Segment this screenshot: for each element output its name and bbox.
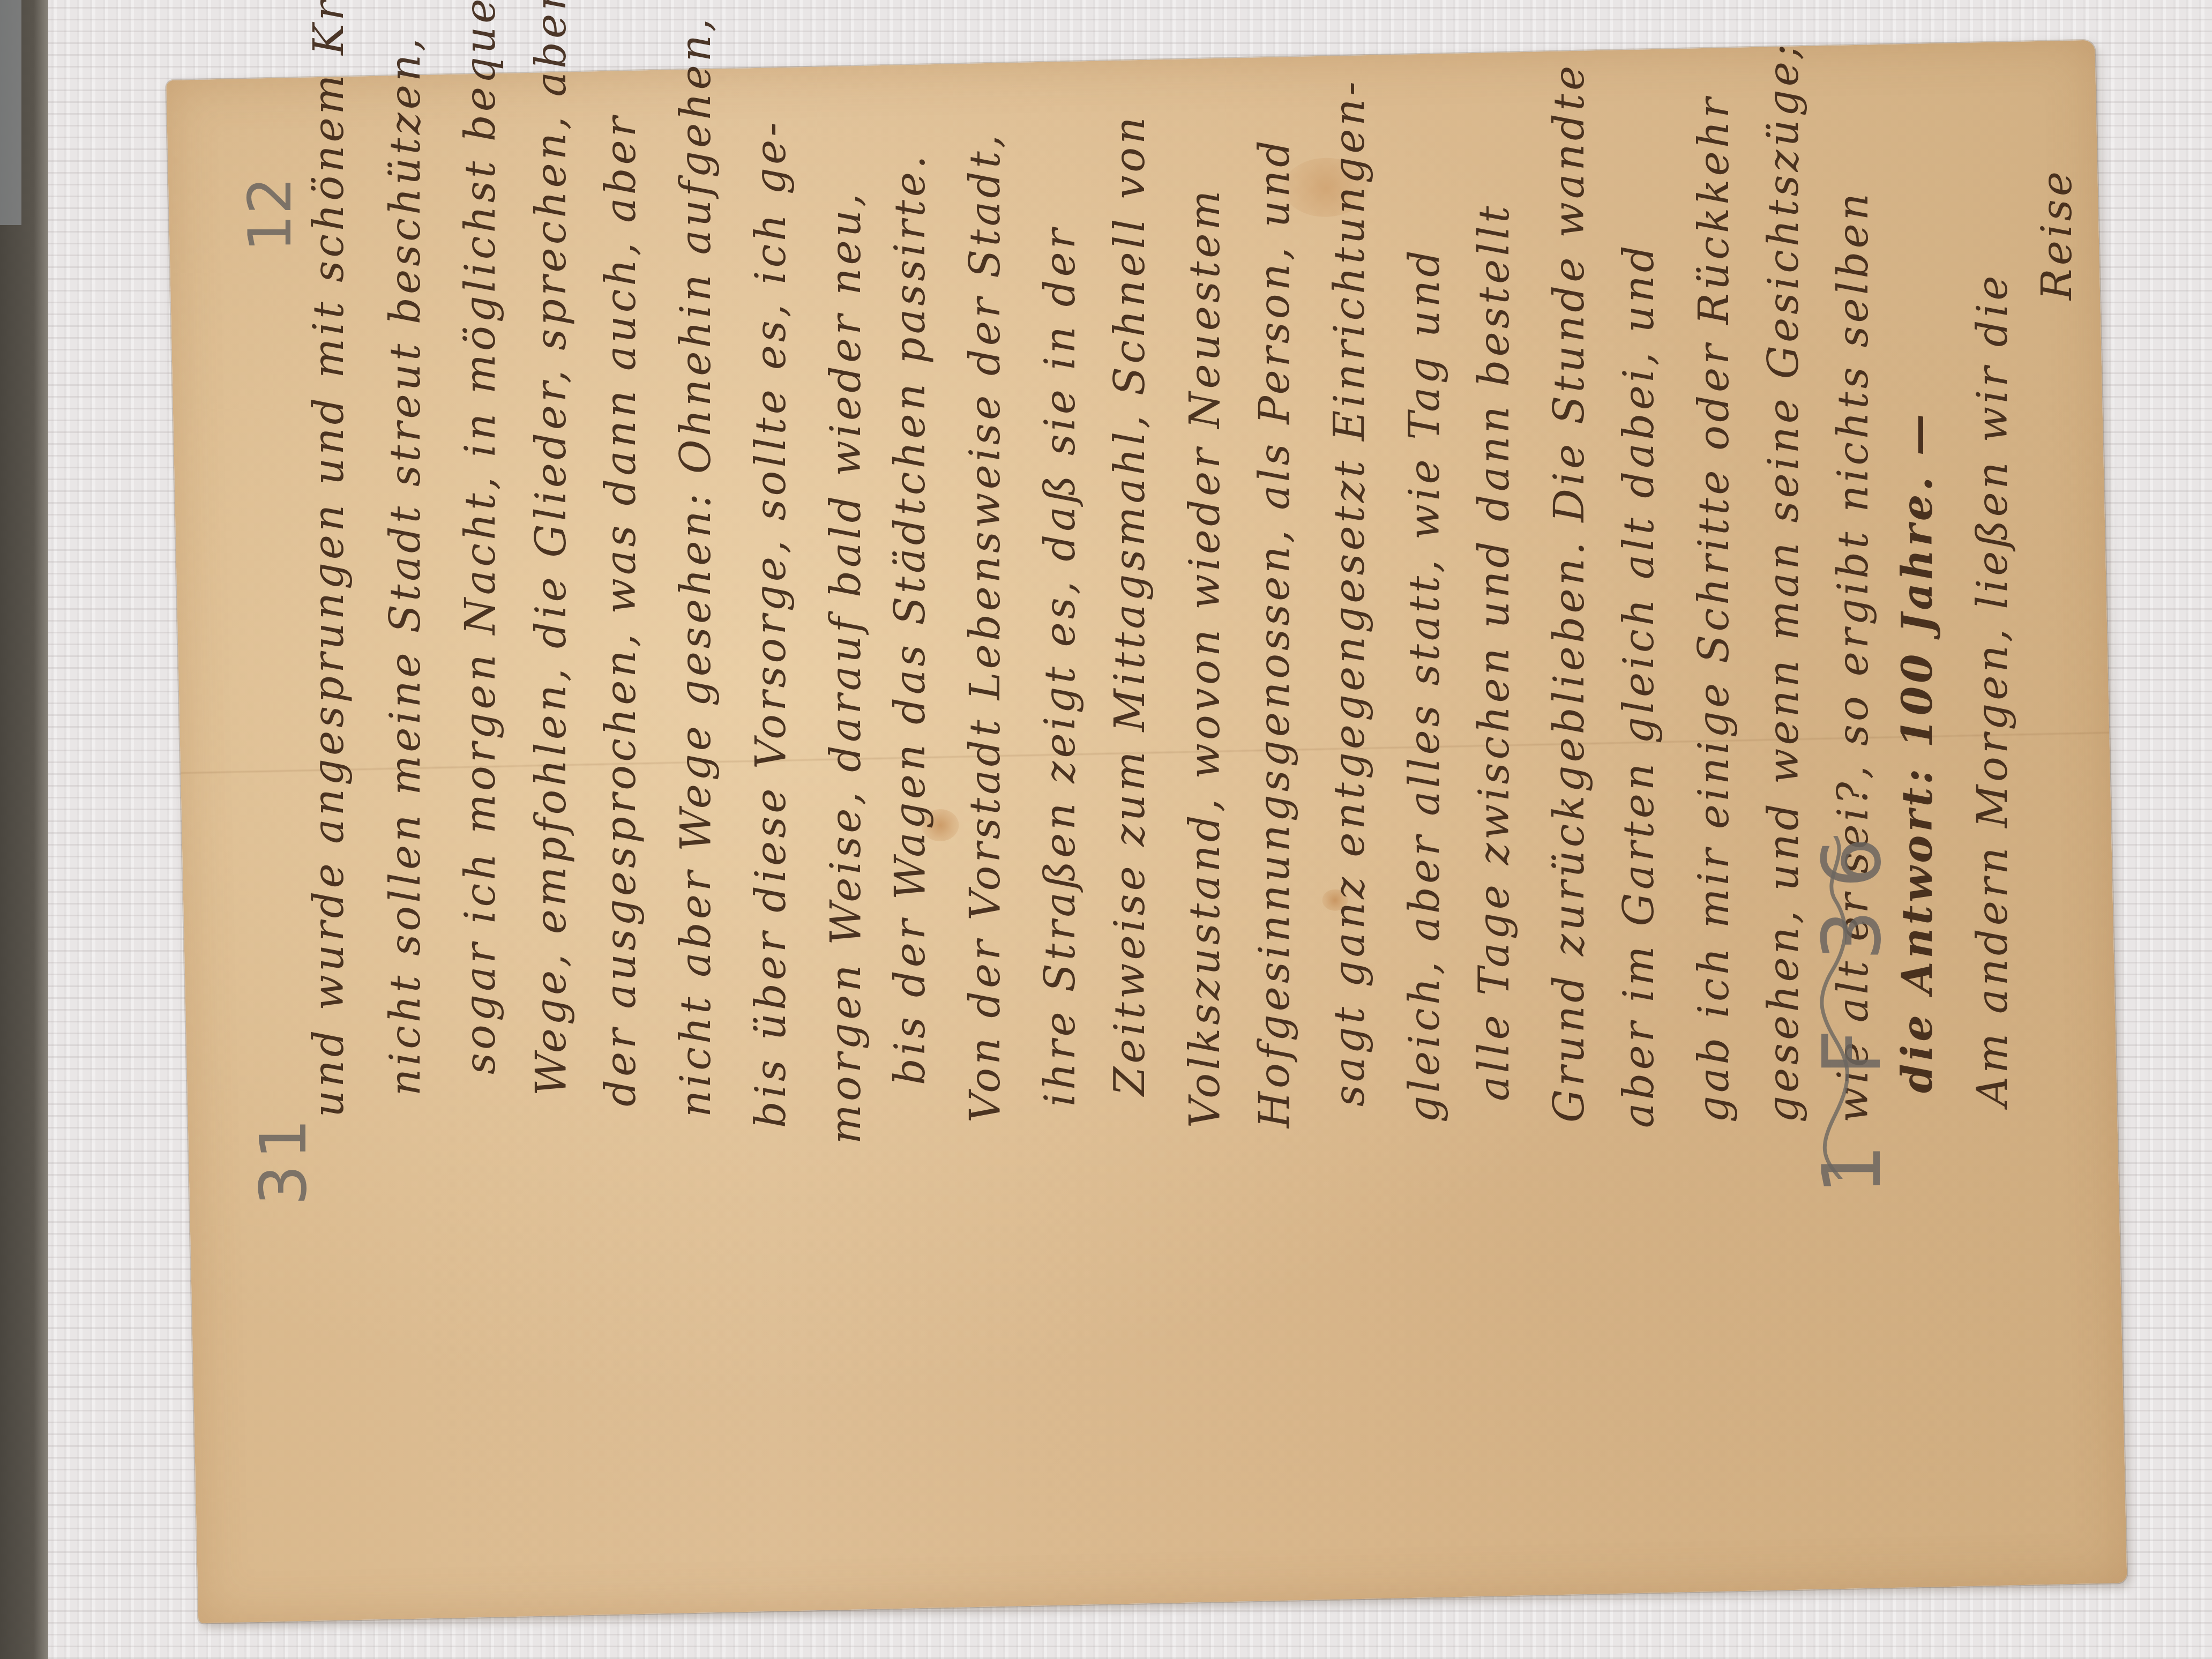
letter-line: Zeitweise zum Mittagsmahl, Schnell von: [1109, 114, 1151, 1096]
letter-line: Grund zurückgeblieben. Die Stunde wandte: [1549, 63, 1590, 1123]
letter-line: der ausgesprochen, was dann auch, aber: [600, 114, 642, 1107]
letter-line: nicht aber Wege gesehen: Ohnehin aufgehe…: [675, 15, 717, 1117]
letter-line: bis der Wagen das Städtchen passirte.: [890, 152, 931, 1085]
letter-line: gleich, aber alles statt, wie Tag und: [1404, 247, 1446, 1123]
letter-line: und wurde angesprungen und mit schönem K…: [308, 0, 350, 1117]
letter-line: alle Tage zwischen und dann bestellt: [1474, 203, 1515, 1101]
folio-mark-pencil: 31: [246, 1113, 321, 1206]
letter-line: Am andern Morgen, ließen wir die: [1972, 273, 2014, 1107]
letter-line: Wege, empfohlen, die Glieder, sprechen, …: [530, 0, 572, 1096]
letter-line: gesehen, und wenn man seine Gesichtszüge…: [1763, 41, 1805, 1123]
letter-line: ihre Straßen zeigt es, daß sie in der: [1040, 226, 1081, 1107]
letter-line: gab ich mir einige Schritte oder Rückkeh…: [1693, 95, 1735, 1123]
letter-line-100-jahre: die Antwort: 100 Jahre. —: [1897, 410, 1939, 1093]
letter-line: bis über diese Vorsorge, sollte es, ich …: [750, 119, 792, 1128]
letter-line: sogar ich morgen Nacht, in möglichst beq…: [460, 0, 502, 1074]
letter-closing-word: Reise: [2036, 168, 2078, 300]
background-corner-object: [0, 0, 21, 225]
letter-line: Von der Vorstadt Lebensweise der Stadt,: [965, 132, 1006, 1123]
letter-line: Volkszustand, wovon wieder Neuestem: [1184, 188, 1226, 1128]
page-number-pencil: 12: [236, 177, 304, 252]
pencil-squiggle-line: [1811, 836, 1859, 1179]
letter-line: aber im Garten gleich alt dabei, und: [1618, 242, 1660, 1128]
letter-line: nicht sollen meine Stadt streut beschütz…: [385, 35, 427, 1096]
letter-line: sagt ganz entgegengesetzt Einrichtungen-: [1329, 78, 1371, 1107]
letter-line: Hofgesinnungsgenossen, als Person, und: [1254, 137, 1296, 1128]
letter-line: morgen Weise, darauf bald wieder neu,: [825, 190, 867, 1144]
background-dark-edge: [0, 0, 48, 1659]
